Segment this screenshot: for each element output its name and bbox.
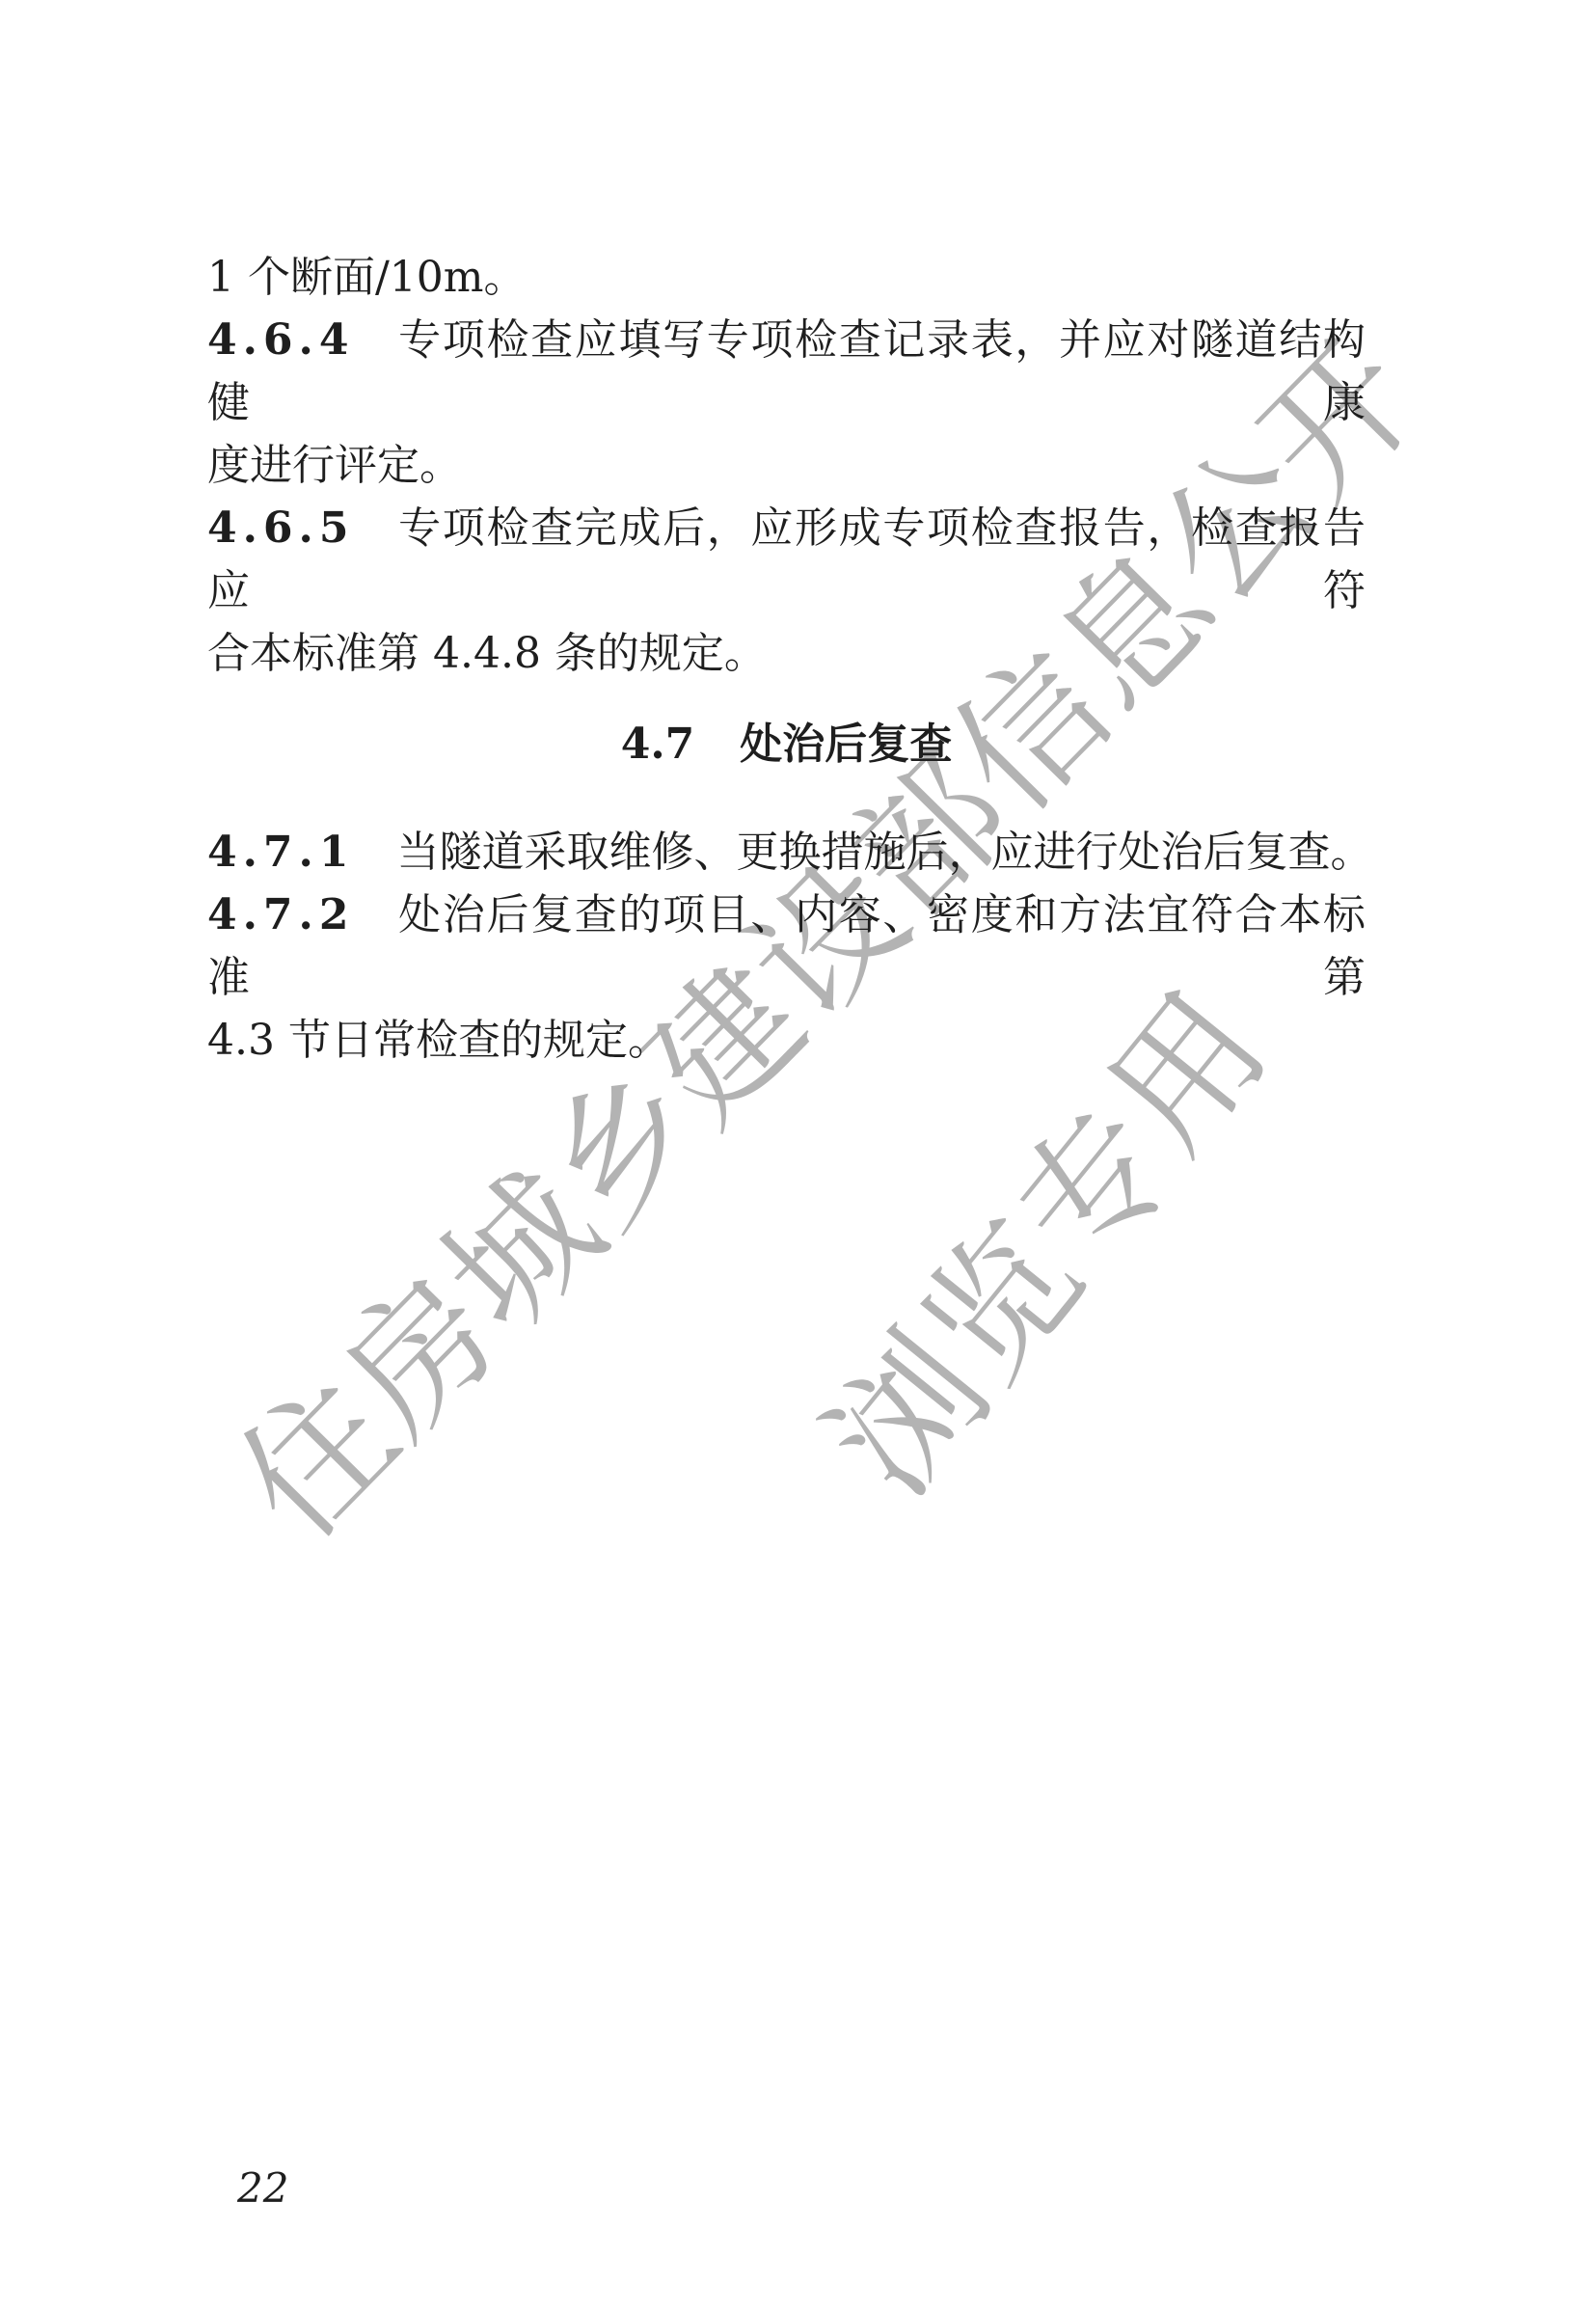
section-heading-4-7: 4.7处治后复查	[207, 713, 1366, 776]
clause-4-6-4-line1: 4.6.4专项检查应填写专项检查记录表，并应对隧道结构健康	[207, 309, 1366, 434]
clause-4-7-2-line2: 4.3 节日常检查的规定。	[207, 1009, 1366, 1072]
clause-4-6-4-text: 专项检查应填写专项检查记录表，并应对隧道结构健康	[207, 315, 1366, 427]
clause-number-4-6-5: 4.6.5	[207, 503, 354, 553]
section-heading-number: 4.7	[621, 720, 695, 769]
paragraph-continuation: 1 个断面/10m。	[207, 246, 1366, 309]
document-page: 住房城乡建设部信息公开 浏览专用 1 个断面/10m。 4.6.4专项检查应填写…	[0, 0, 1596, 2311]
clause-4-7-1-text: 当隧道采取维修、更换措施后，应进行处治后复查。	[396, 828, 1372, 877]
clause-number-4-6-4: 4.6.4	[207, 315, 354, 365]
clause-4-6-5-line2: 合本标准第 4.4.8 条的规定。	[207, 622, 1366, 685]
clause-4-6-5-line1: 4.6.5专项检查完成后，应形成专项检查报告，检查报告应符	[207, 497, 1366, 622]
clause-4-7-1-line1: 4.7.1当隧道采取维修、更换措施后，应进行处治后复查。	[207, 821, 1366, 884]
clause-4-6-4-line2: 度进行评定。	[207, 434, 1366, 497]
page-body: 1 个断面/10m。 4.6.4专项检查应填写专项检查记录表，并应对隧道结构健康…	[207, 246, 1366, 1072]
section-heading-title: 处治后复查	[740, 720, 952, 769]
clause-number-4-7-1: 4.7.1	[207, 828, 354, 877]
page-number: 22	[237, 2167, 288, 2210]
clause-number-4-7-2: 4.7.2	[207, 890, 354, 939]
clause-4-6-5-text: 专项检查完成后，应形成专项检查报告，检查报告应符	[207, 503, 1366, 615]
clause-4-7-2-text: 处治后复查的项目、内容、密度和方法宜符合本标准第	[207, 890, 1366, 1002]
clause-4-7-2-line1: 4.7.2处治后复查的项目、内容、密度和方法宜符合本标准第	[207, 884, 1366, 1009]
